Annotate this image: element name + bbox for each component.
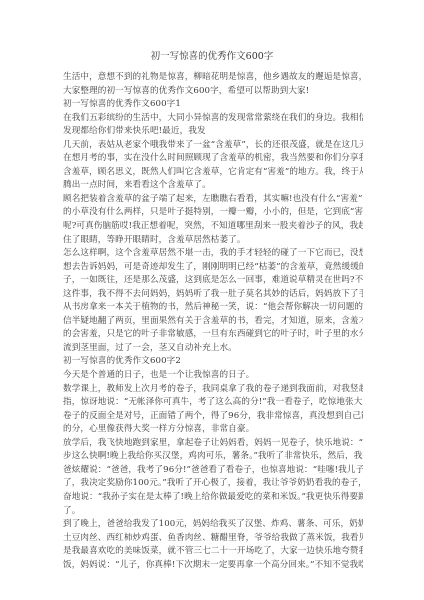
text-line: 是我最喜欢吃的美味饭菜，就不管三七二十一开场吃了，大家一边快乐地夸赞我一边吃 <box>63 545 363 559</box>
text-line: 含羞草，顾名思义，既然人们叫它含羞草，它肯定有“害羞”的地方。我，终于从百忙之中 <box>63 166 363 180</box>
text-line: 信半疑地翻了两页，里面果然有关于含羞草的书，看完，才知道，原来，含羞才并不是真 <box>63 315 363 329</box>
text-line: 奋地说：“我孙子实在是太棒了!晚上给你做最爱吃的菜和米饭。”我更快乐得要跳起来 <box>63 491 363 505</box>
text-line: 了。 <box>63 505 363 519</box>
document-page: 初一写惊喜的优秀作文600字 生活中，意想不到的礼物是惊喜，柳暗花明是惊喜，他乡… <box>0 0 424 600</box>
text-line: 数学课上，教师发上次月考的卷子，我同桌拿了我的卷子递到我面前，对我竖起了大拇 <box>63 383 363 397</box>
text-line: 卷子的反面全是对号，正面错了两个，得了96分，我非常惊喜，真没想到自己能考这么高 <box>63 410 363 424</box>
text-line: 大家整理的初一写惊喜的优秀作文600字，希望可以帮助到大家! <box>63 85 363 99</box>
text-line: 的会害羞，只是它的叶子非常敏感，一旦有东西碰到它的叶子时，叶子里的水分便迅速的 <box>63 328 363 342</box>
text-line: 呢?可真伤脑筋哎!我正想着呢，突然，不知道哪里刮来一股夹着沙子的风，我赶忙有手捂 <box>63 220 363 234</box>
text-line: 步这么快啊!晚上我给你买汉堡，鸡肉可乐，薯条。”我听了非常快乐，然后，我翘开跟爸 <box>63 450 363 464</box>
text-line: 顾名把装着含羞草的盆子端了起来，左瞧瞧右看看，其实嘛!也没有什么“害羞”啊!和其… <box>63 193 363 207</box>
text-line: 住了眼睛，等睁开眼睛时，含羞草居然枯萎了。 <box>63 234 363 248</box>
text-line: 怎么这样啊，这个含羞草居然不堪一击，我的手才轻轻的碰了一下它而已，没想到……我正 <box>63 247 363 261</box>
text-line: 的小草没有什么两样，只是叶子挺特别，一瓣一瓣，小小的，但是，它到底“害羞”在哪里 <box>63 206 363 220</box>
text-line: 发现都给你们带来快乐吧!最近，我发 <box>63 125 363 139</box>
text-line: 这件事，我不得不去问妈妈，妈妈听了我一肚子莫名其妙的话后，妈妈放下了手中的活， <box>63 288 363 302</box>
text-line: 的分，心里像获得大奖一样方分惊喜，非常自豪。 <box>63 423 363 437</box>
text-line: 从书房拿来一本关于植物的书，然后神秘一笑，说：“他会帮你解决一切问题的哦!”我半 <box>63 301 363 315</box>
document-body: 生活中，意想不到的礼物是惊喜，柳暗花明是惊喜，他乡遇故友的邂逅是惊喜，下面是为大… <box>63 71 363 572</box>
text-line: 放学后，我飞快地跑到家里，拿起卷子让妈妈看，妈妈一见卷子，快乐地说：“儿子，你进 <box>63 437 363 451</box>
text-line: 腾出一点时间，来看看这个含羞草了。 <box>63 179 363 193</box>
text-line: 流到茎里面，过了一会，茎又自动补充上水。 <box>63 342 363 356</box>
text-line: 在想月考的事，实在没什么时间照顾现了含羞草的机密，我当然要和你们分享我的快乐。 <box>63 152 363 166</box>
text-line: 爸炫耀说：“爸爸，我考了96分!”爸爸看了看卷子，也惊喜地说：“哇噻!我儿子真是… <box>63 464 363 478</box>
text-line: 了，我决定奖励你100元。”我听了开心极了，接着，我让爷爷奶奶看我的卷子，他们兴 <box>63 477 363 491</box>
text-line: 生活中，意想不到的礼物是惊喜，柳暗花明是惊喜，他乡遇故友的邂逅是惊喜，下面是为 <box>63 71 363 85</box>
section-heading: 初一写惊喜的优秀作文600字2 <box>63 355 363 369</box>
text-line: 饭，妈妈说：“儿子，你真棒!下次期末一定要再拿一个高分回来。”不知不觉我吃的'多 <box>63 559 363 573</box>
text-line: 到了晚上，爸爸给我发了100元，妈妈给我买了汉堡、炸鸡、薯条、可乐，奶奶给我做了 <box>63 518 363 532</box>
document-title: 初一写惊喜的优秀作文600字 <box>0 50 424 63</box>
text-line: 指，惊讶地说：“无帐泽你可真牛，考了这么高的分!”我一看卷子，吃惊地张大了嘴巴， <box>63 396 363 410</box>
text-line: 想去告诉妈妈，可是奇迹却发生了，刚刚明明已经“枯萎”的含羞草，竟然缓缓的张开了叶 <box>63 261 363 275</box>
text-line: 今天是个普通的日子，也是一个让我惊喜的日子。 <box>63 369 363 383</box>
text-line: 在我们五彩缤纷的生活中，大同小异惊喜的发现常常萦绕在我们的身边。我相信，每一次 <box>63 112 363 126</box>
text-line: 土豆肉丝、西红柿炒鸡蛋、鱼香肉丝、糖醋里脊，爷爷给我做了蒸米饭，我看见一桌子都 <box>63 532 363 546</box>
section-heading: 初一写惊喜的优秀作文600字1 <box>63 98 363 112</box>
text-line: 几天前，表姑从老家个哦我带来了一盆“含羞草”，长的还很茂盛，就是在这几天，一直都 <box>63 139 363 153</box>
text-line: 子，一如既往，还是那么茂盛，这到底是怎么一回事，难道说草精灵在世吗?不会吧! <box>63 274 363 288</box>
